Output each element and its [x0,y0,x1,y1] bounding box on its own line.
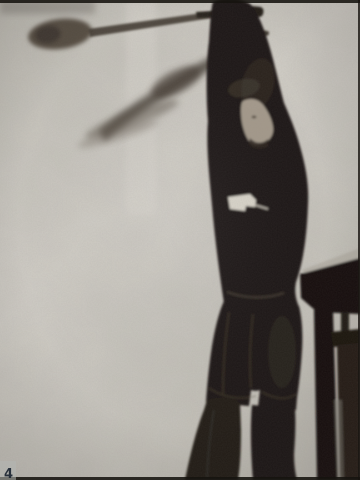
grain-overlay [0,0,360,480]
page-mark: 4 [4,467,13,480]
photograph: 4 [0,0,360,480]
photo-scene: 4 [0,0,360,480]
photo-border-top [0,0,360,3]
